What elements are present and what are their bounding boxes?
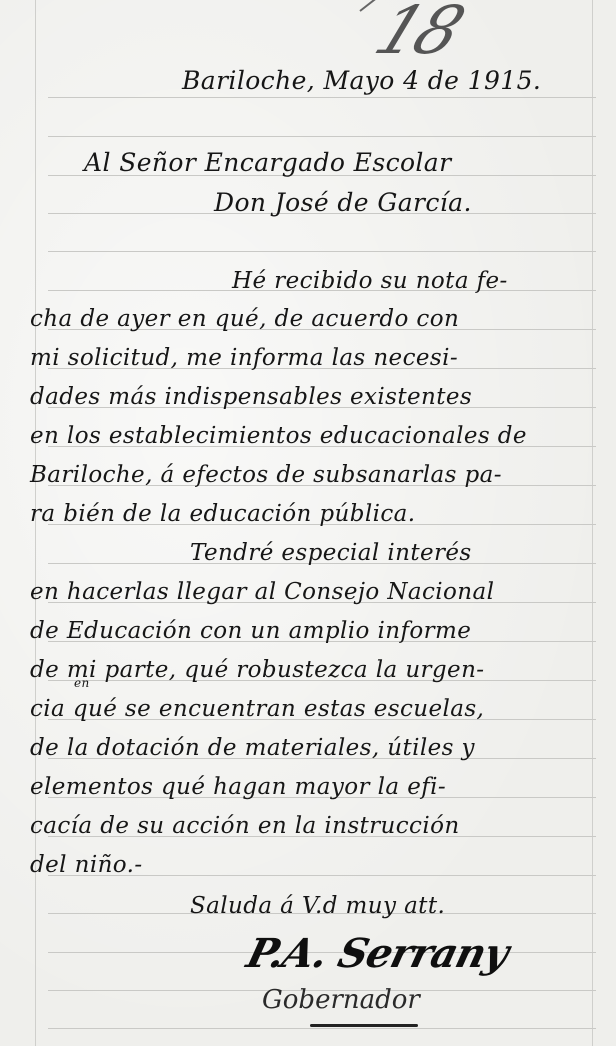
body-line: en los establecimientos educacionales de xyxy=(30,423,527,449)
signature: P.A. Serrany xyxy=(242,930,513,977)
body-line: elementos qué hagan mayor la efi- xyxy=(30,774,446,800)
body-line: cacía de su acción en la instrucción xyxy=(30,813,460,839)
title-underline xyxy=(310,1024,418,1027)
addressee-line-1: Al Señor Encargado Escolar xyxy=(84,148,451,177)
place-date: Bariloche, Mayo 4 de 1915. xyxy=(182,66,541,95)
body-line: dades más indispensables existentes xyxy=(30,384,472,410)
ruled-line xyxy=(48,97,596,98)
ruled-line xyxy=(48,1028,596,1029)
body-line: en hacerlas llegar al Consejo Nacional xyxy=(30,579,494,605)
closing: Saluda á V.d muy att. xyxy=(190,893,445,919)
right-margin-line xyxy=(592,0,593,1046)
body-line: Bariloche, á efectos de subsanarlas pa- xyxy=(30,462,502,488)
folio-number: 18 xyxy=(364,0,471,69)
body-line: Tendré especial interés xyxy=(190,540,472,566)
ruled-line xyxy=(48,136,596,137)
interlinear-insertion: en xyxy=(74,676,90,690)
body-line-text: cia qué se encuentran estas escuelas, xyxy=(30,696,484,722)
ruled-line xyxy=(48,251,596,252)
addressee-line-2: Don José de García. xyxy=(214,188,472,217)
body-line: ra bién de la educación pública. xyxy=(30,501,415,527)
body-line: Hé recibido su nota fe- xyxy=(232,268,508,294)
body-line: cia qué se encuentran estas escuelas, xyxy=(30,696,484,722)
letter-page: 18 Bariloche, Mayo 4 de 1915. Al Señor E… xyxy=(0,0,616,1046)
body-line: mi solicitud, me informa las necesi- xyxy=(30,345,458,371)
body-line: de Educación con un amplio informe xyxy=(30,618,471,644)
body-line: del niño.- xyxy=(30,852,143,878)
body-line: de la dotación de materiales, útiles y xyxy=(30,735,475,761)
signatory-title: Gobernador xyxy=(262,985,420,1015)
body-line: cha de ayer en qué, de acuerdo con xyxy=(30,306,459,332)
body-line: de mi parte, qué robustezca la urgen- xyxy=(30,657,484,683)
